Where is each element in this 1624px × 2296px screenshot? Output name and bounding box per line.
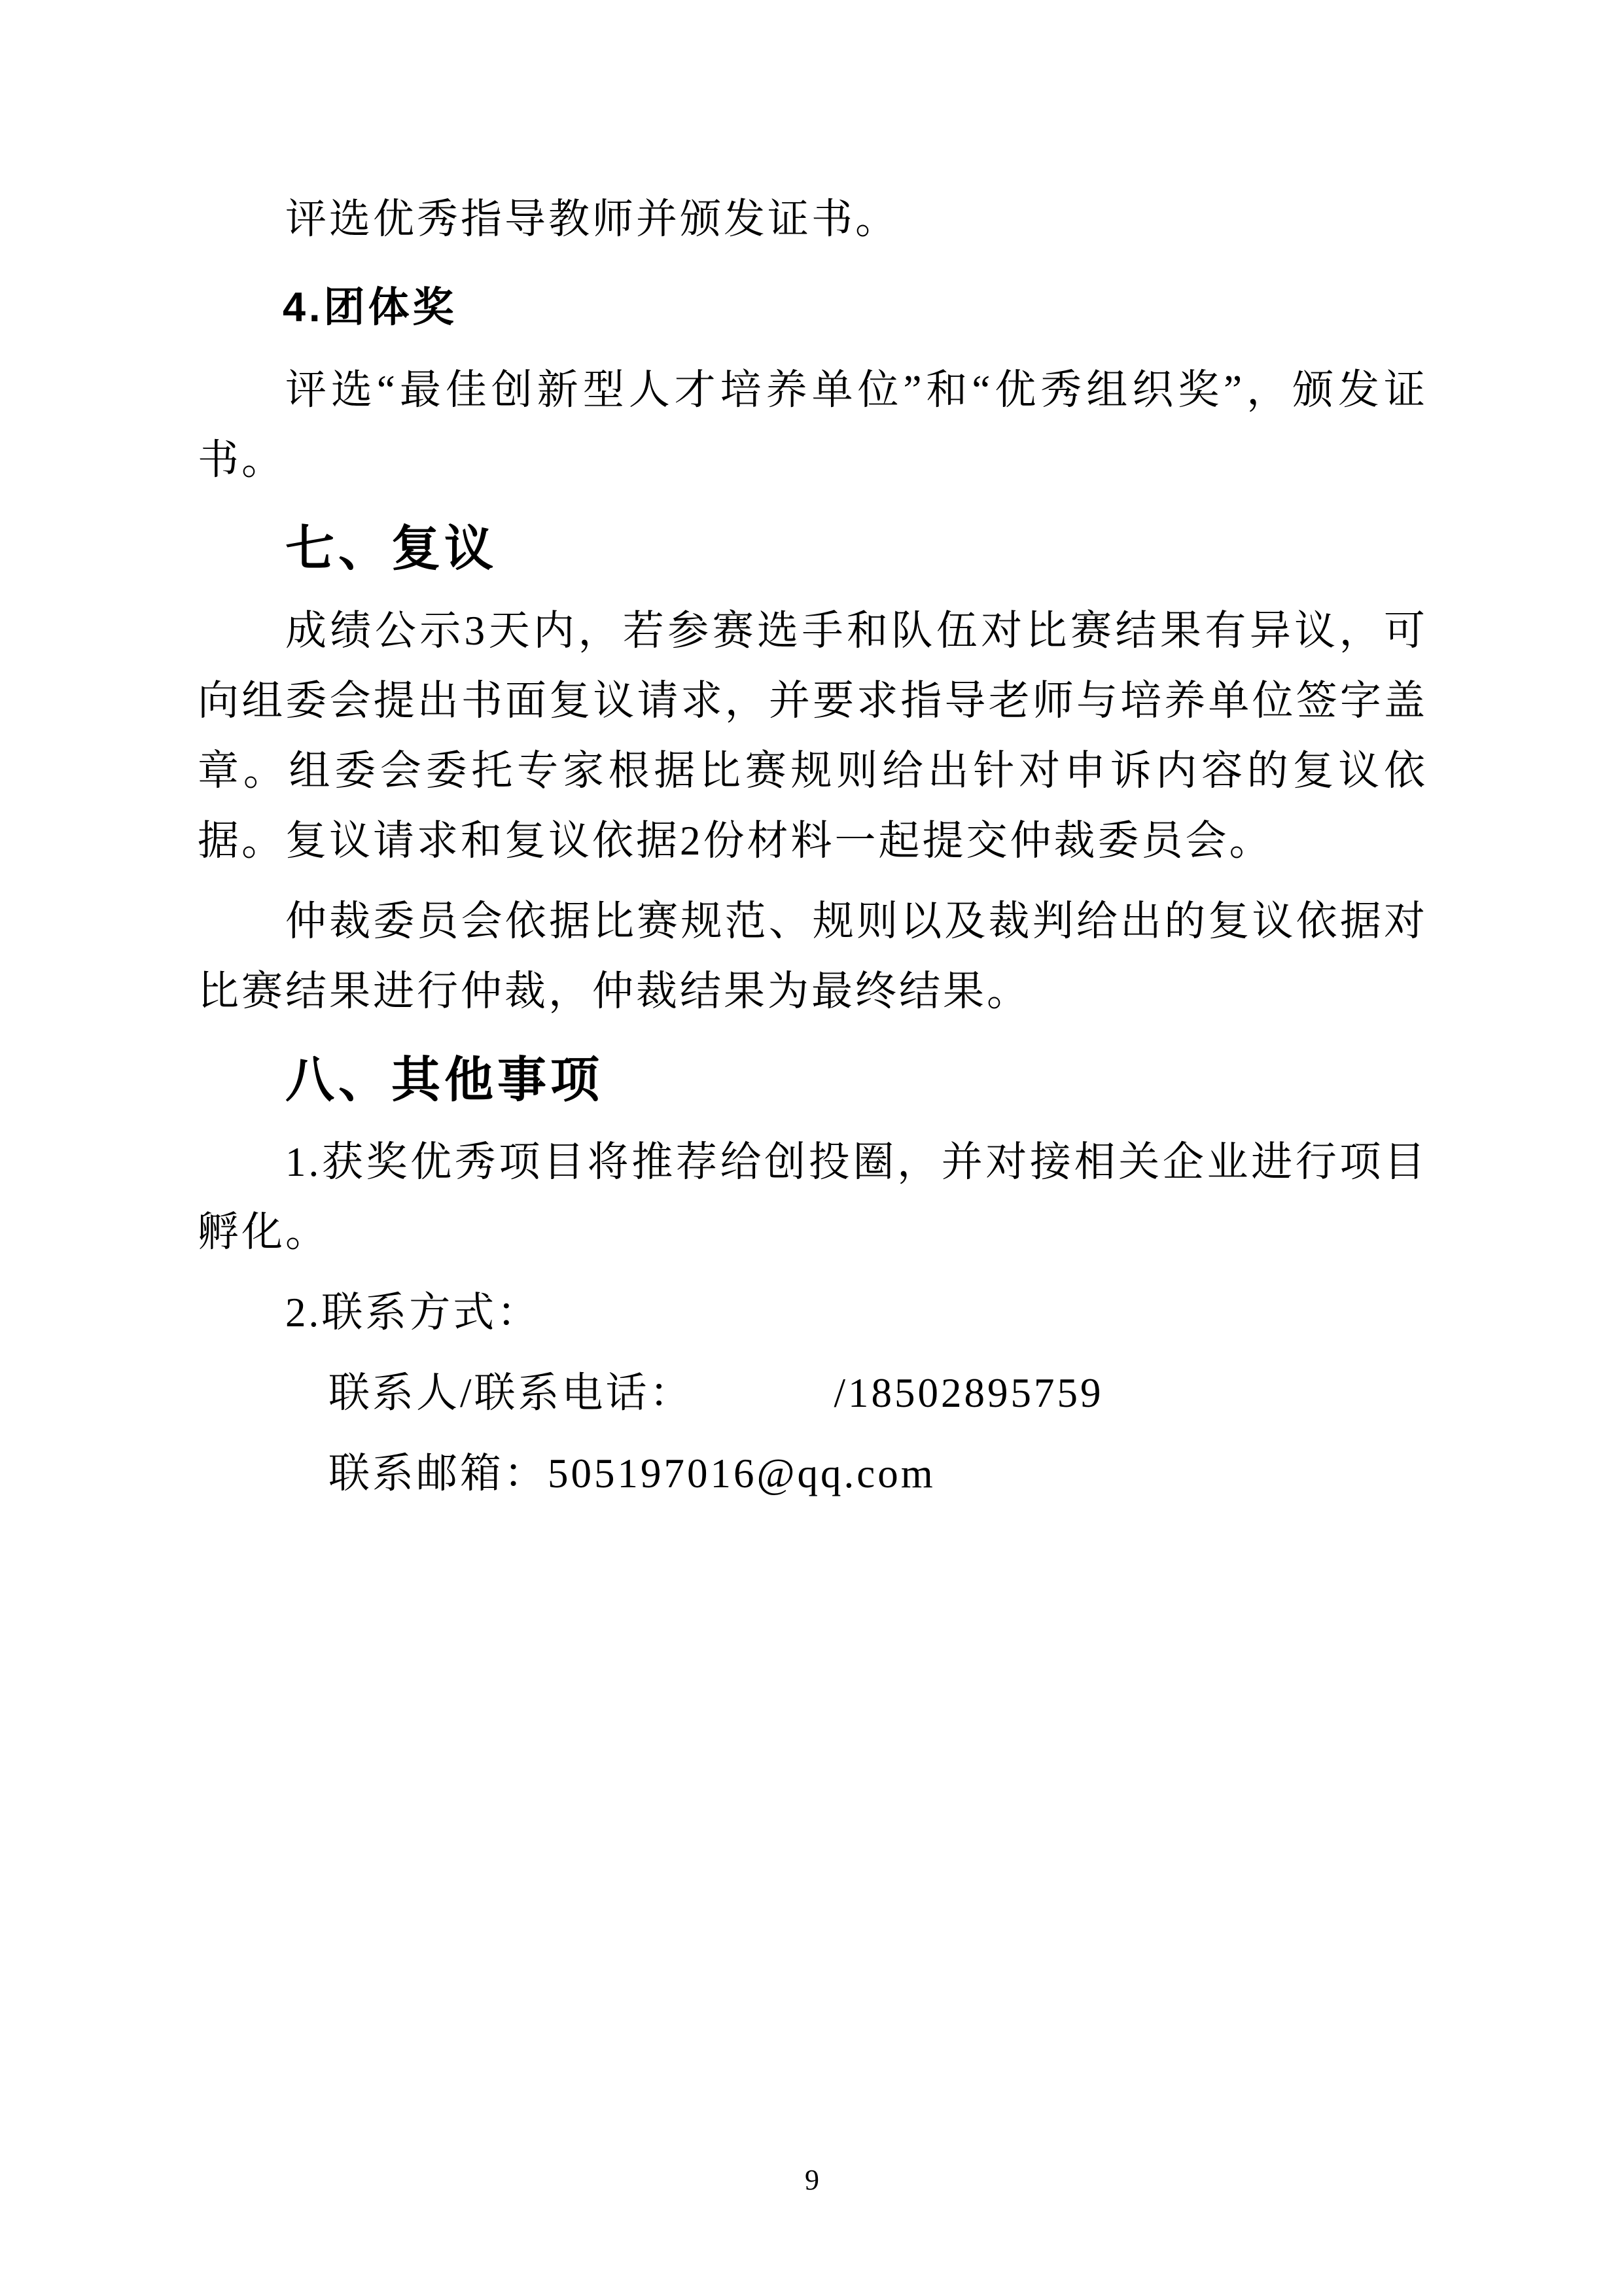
- para-contact-intro: 2.联系方式：: [198, 1278, 1428, 1348]
- heading-section-7-review: 七、复议: [198, 506, 1428, 591]
- para-review-process: 成绩公示3天内，若参赛选手和队伍对比赛结果有异议，可向组委会提出书面复议请求，并…: [198, 596, 1428, 876]
- para-arbitration: 仲裁委员会依据比赛规范、规则以及裁判给出的复议依据对比赛结果进行仲裁，仲裁结果为…: [198, 887, 1428, 1027]
- para-team-award: 评选“最佳创新型人才培养单位”和“优秀组织奖”，颁发证书。: [198, 355, 1428, 495]
- para-incubation: 1.获奖优秀项目将推荐给创投圈，并对接相关企业进行项目孵化。: [198, 1127, 1428, 1267]
- document-body: 评选优秀指导教师并颁发证书。 4.团体奖 评选“最佳创新型人才培养单位”和“优秀…: [0, 0, 1624, 1509]
- contact-email-label: 联系邮箱：: [328, 1451, 548, 1496]
- contact-email-value: 505197016@qq.com: [548, 1451, 936, 1496]
- para-instructor-award: 评选优秀指导教师并颁发证书。: [198, 185, 1428, 255]
- contact-phone-value: /18502895759: [834, 1370, 1104, 1416]
- contact-phone-line: 联系人/联系电话：/18502895759: [198, 1358, 1428, 1428]
- document-page: 评选优秀指导教师并颁发证书。 4.团体奖 评选“最佳创新型人才培养单位”和“优秀…: [0, 0, 1624, 2296]
- page-number: 9: [0, 2161, 1624, 2200]
- heading-team-award: 4.团体奖: [198, 265, 1428, 350]
- heading-section-8-other-matters: 八、其他事项: [198, 1037, 1428, 1122]
- contact-person-label: 联系人/联系电话：: [328, 1370, 694, 1416]
- contact-email-line: 联系邮箱：505197016@qq.com: [198, 1439, 1428, 1509]
